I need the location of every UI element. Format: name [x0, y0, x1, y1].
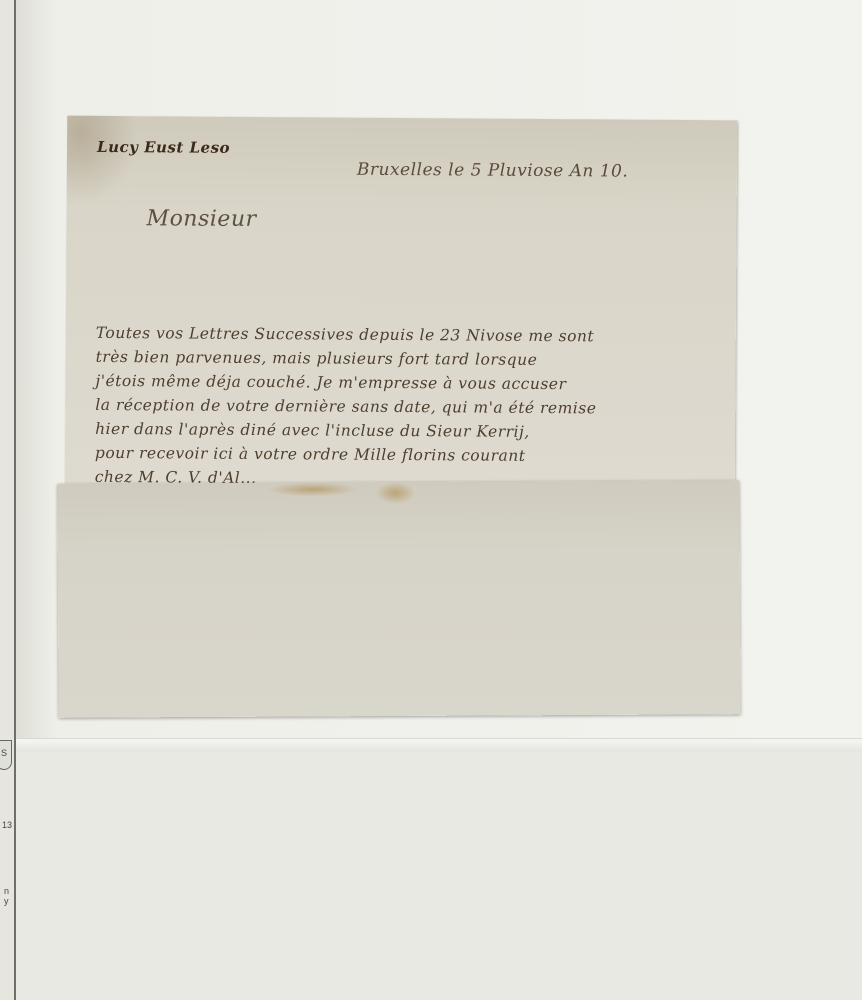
handwritten-letter: Lucy Eust Leso Bruxelles le 5 Pluviose A… [65, 116, 738, 491]
edge-mark: y [4, 896, 9, 906]
edge-mark: n [4, 886, 9, 896]
letter-dateline: Bruxelles le 5 Pluviose An 10. [357, 160, 628, 182]
page-divider [16, 738, 862, 753]
letter-line: très bien parvenues, mais plusieurs fort… [96, 348, 538, 369]
edge-mark: S [1, 748, 7, 758]
letter-line: la réception de votre dernière sans date… [95, 396, 596, 417]
letter-line: hier dans l'après diné avec l'incluse du… [95, 420, 530, 441]
adjacent-page-edge: S 13 n y [0, 0, 16, 1000]
edge-mark: 13 [2, 820, 12, 830]
lower-album-page [16, 752, 862, 1000]
letter-salutation: Monsieur [146, 206, 256, 232]
letter-line: pour recevoir ici à votre ordre Mille fl… [95, 444, 526, 465]
paper-stain [267, 482, 357, 496]
paper-stain [375, 482, 415, 504]
letter-line: j'étois même déja couché. Je m'empresse … [95, 372, 566, 393]
letter-line: Toutes vos Lettres Successives depuis le… [96, 324, 595, 345]
folded-paper-flap [57, 480, 740, 718]
letter-annotation: Lucy Eust Leso [97, 138, 230, 157]
